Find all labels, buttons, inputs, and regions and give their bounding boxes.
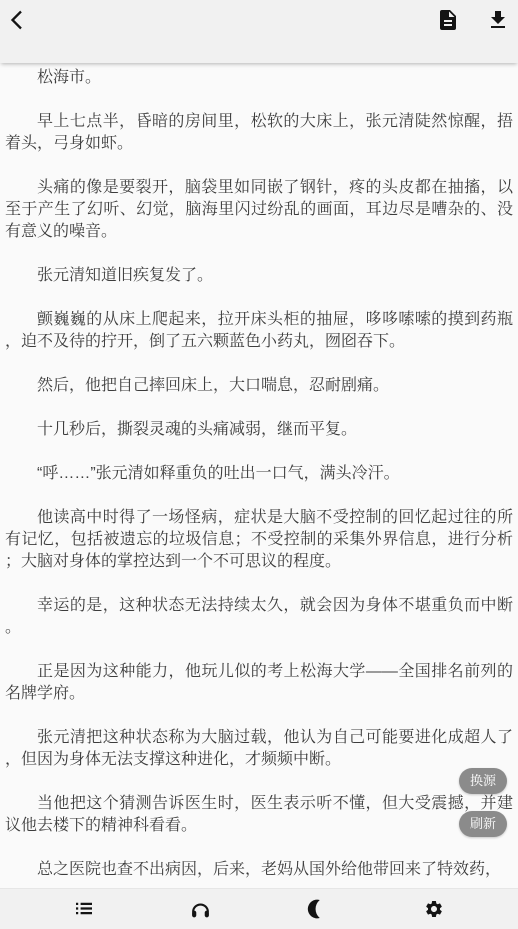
- paragraph: “呼……”张元清如释重负的吐出一口气，满头冷汗。: [5, 463, 513, 485]
- document-icon: [436, 8, 460, 32]
- download-icon: [486, 8, 510, 32]
- paragraph: 正是因为这种能力，他玩儿似的考上松海大学——全国排名前列的名牌学府。: [5, 661, 513, 705]
- paragraph: 张元清知道旧疾复发了。: [5, 265, 513, 287]
- contents-list-icon: [72, 897, 96, 921]
- change-source-button[interactable]: 换源: [459, 768, 507, 794]
- paragraph: 总之医院也查不出病因，后来，老妈从国外给他带回来了特效药，: [5, 859, 513, 881]
- paragraph: 松海市。: [5, 67, 513, 89]
- settings-button[interactable]: [414, 889, 454, 929]
- chevron-left-icon: [5, 7, 31, 33]
- listen-audio-button[interactable]: [181, 889, 221, 929]
- back-button[interactable]: [2, 4, 34, 36]
- paragraph: 张元清把这种状态称为大脑过载，他认为自己可能要进化成超人了，但因为身体无法支撑这…: [5, 727, 513, 771]
- night-mode-button[interactable]: [297, 889, 337, 929]
- paragraph: 颤巍巍的从床上爬起来，拉开床头柜的抽屉，哆哆嗦嗦的摸到药瓶，迫不及待的拧开，倒了…: [5, 309, 513, 353]
- reader-screen: 松海市。早上七点半，昏暗的房间里，松软的大床上，张元清陡然惊醒，捂着头，弓身如虾…: [0, 0, 518, 929]
- top-toolbar: [0, 0, 518, 63]
- paragraph: 头痛的像是要裂开，脑袋里如同嵌了钢针，疼的头皮都在抽搐，以至于产生了幻听、幻觉，…: [5, 177, 513, 243]
- contents-button[interactable]: [64, 889, 104, 929]
- reader-content[interactable]: 松海市。早上七点半，昏暗的房间里，松软的大床上，张元清陡然惊醒，捂着头，弓身如虾…: [0, 63, 518, 888]
- chapter-document-button[interactable]: [432, 4, 464, 36]
- settings-gear-icon: [424, 899, 444, 919]
- paragraph: 然后，他把自己摔回床上，大口喘息，忍耐剧痛。: [5, 375, 513, 397]
- night-mode-moon-icon: [306, 898, 328, 920]
- headphones-icon: [189, 898, 212, 921]
- paragraph: 幸运的是，这种状态无法持续太久，就会因为身体不堪重负而中断。: [5, 595, 513, 639]
- download-button[interactable]: [482, 4, 514, 36]
- paragraph: 他读高中时得了一场怪病，症状是大脑不受控制的回忆起过往的所有记忆，包括被遗忘的垃…: [5, 507, 513, 573]
- bottom-toolbar: [0, 888, 518, 929]
- refresh-button[interactable]: 刷新: [459, 811, 507, 837]
- paragraph: 早上七点半，昏暗的房间里，松软的大床上，张元清陡然惊醒，捂着头，弓身如虾。: [5, 111, 513, 155]
- paragraph: 十几秒后，撕裂灵魂的头痛减弱，继而平复。: [5, 419, 513, 441]
- paragraph: 当他把这个猜测告诉医生时，医生表示听不懂，但大受震撼，并建议他去楼下的精神科看看…: [5, 793, 513, 837]
